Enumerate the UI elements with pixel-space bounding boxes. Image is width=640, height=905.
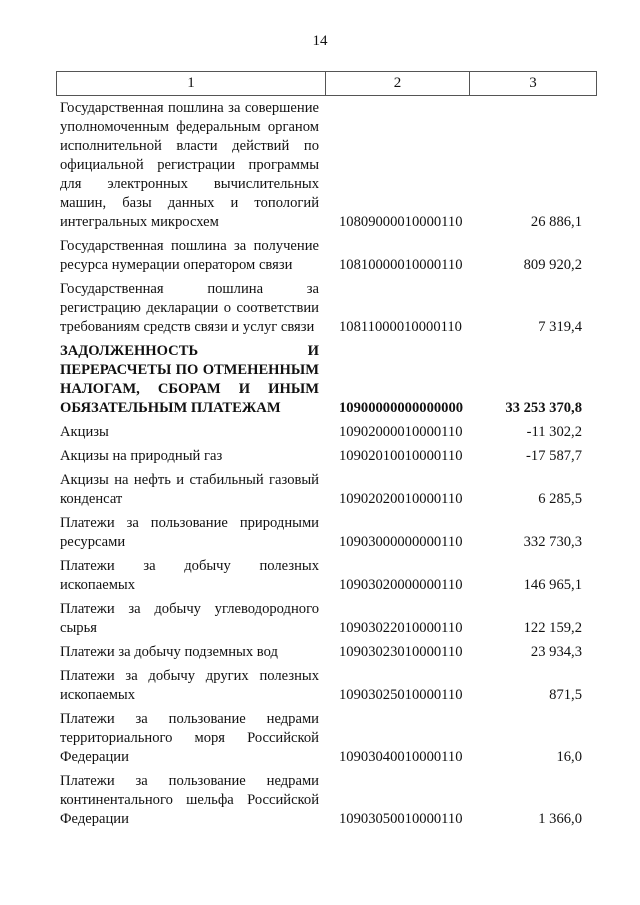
row-value: 23 934,3 bbox=[464, 643, 582, 662]
page-number: 14 bbox=[0, 33, 640, 50]
table-body: Государственная пошлина за совершение уп… bbox=[60, 99, 600, 834]
row-code: 10903022010000110 bbox=[339, 619, 464, 638]
row-code: 10902000010000110 bbox=[339, 423, 464, 442]
table-row: Платежи за пользование недрами территори… bbox=[60, 710, 600, 767]
row-value: 146 965,1 bbox=[464, 576, 582, 595]
table-row: Акцизы 10902000010000110 -11 302,2 bbox=[60, 423, 600, 442]
row-name: Акцизы на нефть и стабильный газовый кон… bbox=[60, 471, 319, 509]
table-row: Платежи за добычу других полезных ископа… bbox=[60, 667, 600, 705]
row-code: 1080900001000011​0 bbox=[339, 213, 464, 232]
row-code: 10900000000000000 bbox=[339, 399, 464, 418]
row-name: Государственная пошлина за совершение уп… bbox=[60, 99, 319, 232]
row-name: Платежи за добычу подземных вод bbox=[60, 643, 319, 662]
table-row: Платежи за добычу подземных вод 10903023… bbox=[60, 643, 600, 662]
row-value: 6 285,5 bbox=[464, 490, 582, 509]
row-name: ЗАДОЛЖЕННОСТЬ И ПЕРЕРАСЧЕТЫ ПО ОТМЕНЕННЫ… bbox=[60, 342, 319, 418]
row-code: 10902010010000110 bbox=[339, 447, 464, 466]
table-row: Платежи за добычу полезных ископаемых 10… bbox=[60, 557, 600, 595]
row-value: -11 302,2 bbox=[464, 423, 582, 442]
table-header: 1 2 3 bbox=[56, 71, 597, 96]
row-name: Акцизы на природный газ bbox=[60, 447, 319, 466]
row-name: Платежи за пользование природными ресурс… bbox=[60, 514, 319, 552]
row-name: Государственная пошлина за получение рес… bbox=[60, 237, 319, 275]
table-row: Государственная пошлина за регистрацию д… bbox=[60, 280, 600, 337]
row-name: Государственная пошлина за регистрацию д… bbox=[60, 280, 319, 337]
row-value: 871,5 bbox=[464, 686, 582, 705]
row-value: 33 253 370,8 bbox=[464, 399, 582, 418]
row-value: 1 366,0 bbox=[464, 810, 582, 829]
table-row: Платежи за пользование недрами континент… bbox=[60, 772, 600, 829]
table-row: Акцизы на нефть и стабильный газовый кон… bbox=[60, 471, 600, 509]
row-code: 10903000000000110 bbox=[339, 533, 464, 552]
column-header-1: 1 bbox=[57, 72, 326, 95]
table-row-section-total: ЗАДОЛЖЕННОСТЬ И ПЕРЕРАСЧЕТЫ ПО ОТМЕНЕННЫ… bbox=[60, 342, 600, 418]
row-code: 10902020010000110 bbox=[339, 490, 464, 509]
table-row: Государственная пошлина за получение рес… bbox=[60, 237, 600, 275]
table-row: Акцизы на природный газ 1090201001000011… bbox=[60, 447, 600, 466]
row-code: 10903025010000110 bbox=[339, 686, 464, 705]
column-header-2: 2 bbox=[326, 72, 470, 95]
row-value: 7 319,4 bbox=[464, 318, 582, 337]
row-name: Платежи за пользование недрами территори… bbox=[60, 710, 319, 767]
table-row: Государственная пошлина за совершение уп… bbox=[60, 99, 600, 232]
row-value: 26 886,1 bbox=[464, 213, 582, 232]
row-value: -17 587,7 bbox=[464, 447, 582, 466]
row-code: 10903020000000110 bbox=[339, 576, 464, 595]
row-name: Платежи за добычу полезных ископаемых bbox=[60, 557, 319, 595]
row-code: 10811000010000110 bbox=[339, 318, 464, 337]
row-name: Платежи за добычу углеводородного сырья bbox=[60, 600, 319, 638]
row-value: 122 159,2 bbox=[464, 619, 582, 638]
row-code: 10810000010000110 bbox=[339, 256, 464, 275]
row-code: 10903040010000110 bbox=[339, 748, 464, 767]
row-value: 16,0 bbox=[464, 748, 582, 767]
table-row: Платежи за пользование природными ресурс… bbox=[60, 514, 600, 552]
row-name: Акцизы bbox=[60, 423, 319, 442]
row-code: 10903023010000110 bbox=[339, 643, 464, 662]
row-value: 809 920,2 bbox=[464, 256, 582, 275]
row-name: Платежи за пользование недрами континент… bbox=[60, 772, 319, 829]
row-name: Платежи за добычу других полезных ископа… bbox=[60, 667, 319, 705]
row-code: 10903050010000110 bbox=[339, 810, 464, 829]
column-header-3: 3 bbox=[470, 72, 596, 95]
table-row: Платежи за добычу углеводородного сырья … bbox=[60, 600, 600, 638]
row-value: 332 730,3 bbox=[464, 533, 582, 552]
